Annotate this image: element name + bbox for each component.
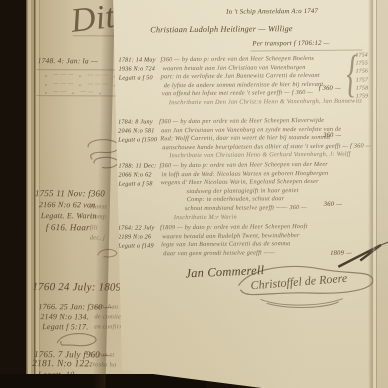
ledger-entry-line: 1760 24 July: 1809 (32, 282, 121, 293)
year-label: 1754 (355, 53, 367, 59)
slip-folded-edge (376, 0, 388, 388)
year-label: 1755 (356, 62, 368, 68)
account-holder-line: Christiaan Ludolph Heitlinger — Willige (150, 25, 293, 34)
entry-legatt: Legatt a f1500 (118, 137, 157, 144)
entry-body-line: f360 — by dato per ordre van de Heer Sch… (159, 118, 324, 126)
archival-photo: Dito 1748. 4: Jan: la — „ ——— „ ——— „ „ … (0, 0, 388, 388)
entry-folio: 1936 N:o 724 (119, 66, 155, 73)
ledger-entry-line: 2166 N:o 62 van (39, 201, 96, 209)
entry-body-line: f360 — by dato p: ordre van den Heer Sch… (159, 162, 328, 170)
entry-body-line: Rud: Wolff Carretti, daar van weert de h… (160, 135, 330, 143)
entry-folio: 2066 N:o 62 (119, 172, 152, 178)
year-label: 1759 (356, 94, 368, 100)
year-label: 1756 (356, 70, 368, 76)
witness-line: Inschribatie van Den Jan Christ:n Heno &… (169, 99, 362, 107)
ledger-entry-line: 1748. 4: Jan: la — (38, 57, 98, 65)
entry-body-line: stadsweg der plantagiegift in haar genie… (187, 188, 299, 195)
entry-body-line: part: in de verlofste de Jan Bannewitz C… (161, 73, 320, 81)
entry-body-line: schout mondstand hetselve geefft —— 360 … (185, 205, 307, 212)
ledger-entry-line: Legatt f 5:17. (42, 323, 88, 331)
ledger-entry-line: f 616. Haar (46, 223, 90, 232)
entry-legatt: Legatt a f 58 (119, 181, 153, 188)
entry-date: 1764: 22 July (118, 225, 155, 232)
paper-crease (368, 0, 376, 388)
ledger-entry-line: Legatt. E. Warin (41, 212, 97, 220)
amount: 360 — (323, 133, 341, 140)
entry-legatt: Legatt a f 50 (119, 75, 153, 82)
entry-date: 1784: 8 Juny (118, 119, 153, 126)
entry-body-line: in lofft aan de Wed: Nicolaas Warten en … (161, 170, 328, 178)
entry-body-line: f360 — by dato p: ordre van den Heer Sch… (160, 56, 314, 64)
entry-folio: 2189 N:o 26 (118, 234, 151, 240)
ledger-entry-line: 2149 N:o 134. (40, 313, 89, 321)
entry-body-line: aan Jan Christiaan van Vanenburg en zynd… (161, 126, 341, 134)
transport-line: Per transport f 1706:12 — (252, 41, 330, 48)
ledger-entry-line: 1755 11 Nov: f360 (35, 189, 105, 198)
entry-folio: 2046 N:o 581 (118, 128, 154, 135)
entry-legatt: Legatt a f149 (118, 243, 154, 250)
signature-name: Christoffel de Roere (250, 271, 348, 293)
entry-body-line: wegens d' Heer Nicolaas Warin, Engeland … (161, 179, 319, 187)
entry-body-line: f1809 — by dato p: ordre van de Heer Sch… (160, 224, 308, 232)
entry-body-line: van offend het lofste met reede 't selve… (162, 90, 313, 98)
entry-body-line: legte van Jan Bannewitz Carretti dus de … (161, 241, 290, 248)
year-label: 1758 (356, 86, 368, 92)
witness-line: Inschribatie van Christiaan Heno & Gerha… (169, 152, 350, 160)
entry-body-line: de lyfste de andere somma mindernisse de… (164, 82, 324, 90)
entry-date: 1781: 14 May (119, 57, 156, 64)
amount: f 360 — (319, 86, 341, 93)
entry-body-line: waaren betaald aan Rudolph Twent, bewind… (162, 233, 300, 240)
entry-body-line: waaren betaalt aan Jan Christiaan van Va… (163, 65, 306, 73)
amount: 360 — (324, 202, 342, 209)
witness-line: Inschribatie M:r Warin (174, 215, 237, 222)
entry-date: 1788: 11 Dec: (118, 163, 156, 170)
year-label: 1757 (356, 78, 368, 84)
entry-body-line: Comp: te onderhouden, schuut daar (187, 197, 285, 204)
ship-header-line: In 't Schip Amsteldam A:o 1747 (226, 9, 318, 17)
